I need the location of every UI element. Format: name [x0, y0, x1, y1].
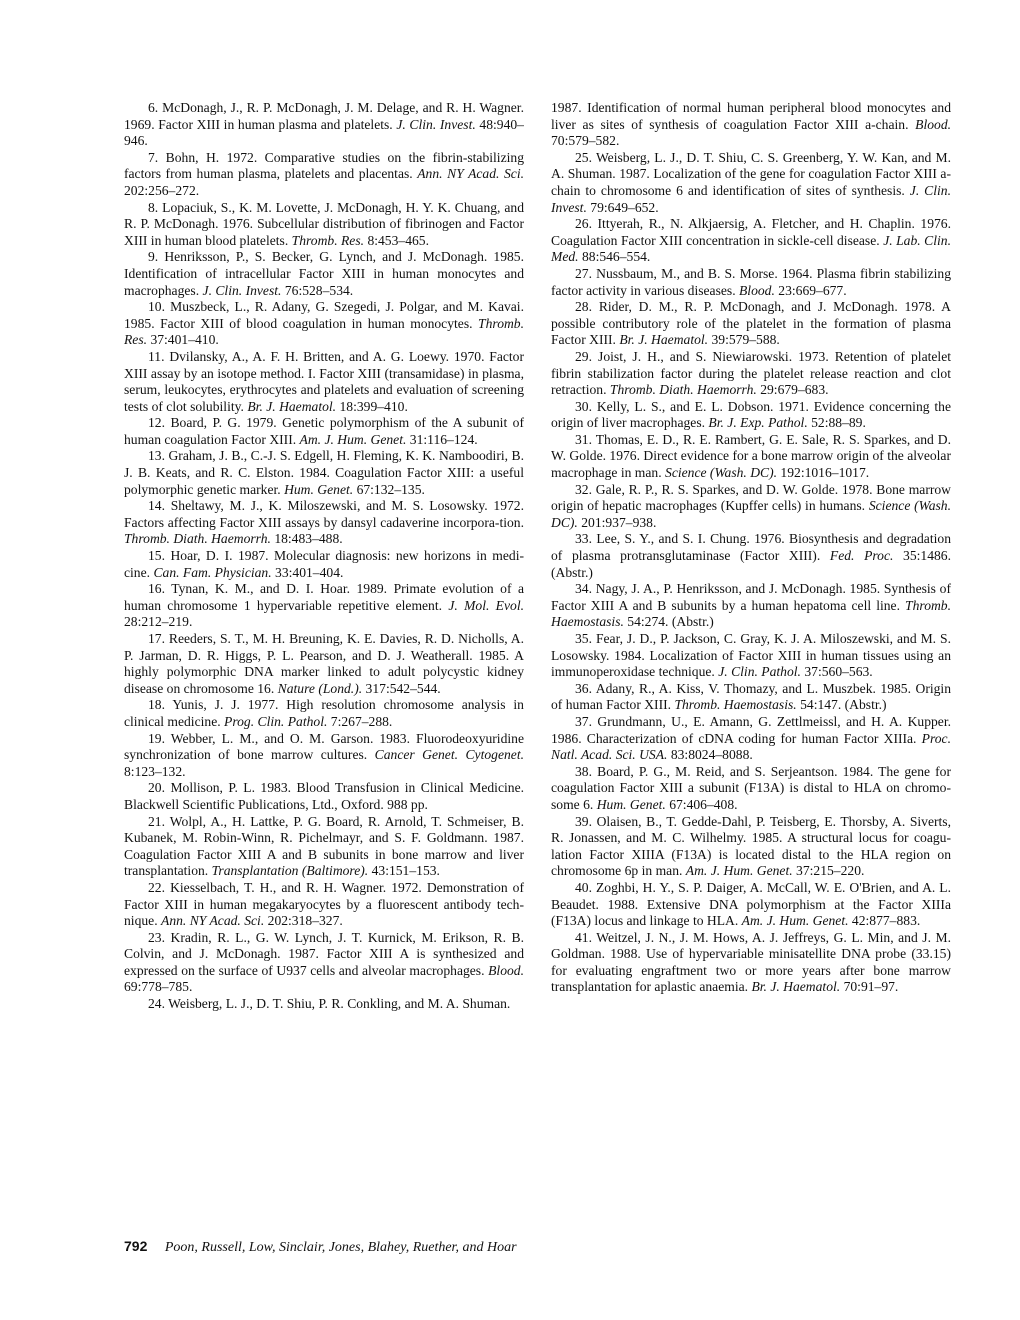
reference-number: 39. — [575, 814, 592, 829]
reference-journal: Am. J. Hum. Genet. — [300, 432, 407, 447]
reference-item: 18. Yunis, J. J. 1977. High resolution c… — [124, 697, 524, 730]
reference-citation: 31:116–124. — [410, 432, 478, 447]
reference-number: 36. — [575, 681, 592, 696]
reference-number: 33. — [575, 531, 592, 546]
reference-item: 17. Reeders, S. T., M. H. Breuning, K. E… — [124, 631, 524, 697]
reference-journal: Br. J. Haematol. — [247, 399, 336, 414]
reference-number: 16. — [148, 581, 165, 596]
reference-journal: Am. J. Hum. Genet. — [742, 913, 849, 928]
reference-number: 31. — [575, 432, 592, 447]
reference-number: 35. — [575, 631, 592, 646]
reference-text: Sheltawy, M. J., K. Miloszewski, and M. … — [124, 498, 524, 530]
reference-item: 26. Ittyerah, R., N. Alkjaersig, A. Flet… — [551, 216, 951, 266]
reference-number: 24. — [148, 996, 165, 1011]
reference-text: Weisberg, L. J., D. T. Shiu, P. R. Conkl… — [168, 996, 510, 1011]
reference-number: 19. — [148, 731, 165, 746]
reference-journal: Thromb. Res. — [292, 233, 364, 248]
reference-journal: Hum. Genet. — [284, 482, 353, 497]
reference-item: 19. Webber, L. M., and O. M. Garson. 198… — [124, 731, 524, 781]
reference-journal: Thromb. Haemostasis. — [674, 697, 796, 712]
reference-citation: 18:483–488. — [274, 531, 342, 546]
reference-number: 30. — [575, 399, 592, 414]
reference-citation: 33:401–404. — [275, 565, 343, 580]
reference-number: 8. — [148, 200, 158, 215]
reference-journal: Transplantation (Baltimore). — [212, 863, 369, 878]
reference-citation: 7:267–288. — [331, 714, 393, 729]
reference-item: 34. Nagy, J. A., P. Henriksson, and J. M… — [551, 581, 951, 631]
reference-number: 27. — [575, 266, 592, 281]
reference-number: 12. — [148, 415, 165, 430]
reference-citation: 54:147. (Abstr.) — [800, 697, 886, 712]
reference-item: 30. Kelly, L. S., and E. L. Dobson. 1971… — [551, 399, 951, 432]
reference-number: 23. — [148, 930, 165, 945]
reference-item: 11. Dvilansky, A., A. F. H. Britten, and… — [124, 349, 524, 415]
reference-item: 8. Lopaciuk, S., K. M. Lovette, J. McDon… — [124, 200, 524, 250]
reference-number: 25. — [575, 150, 592, 165]
reference-item: 9. Henriksson, P., S. Becker, G. Lynch, … — [124, 249, 524, 299]
reference-journal: Prog. Clin. Pathol. — [224, 714, 327, 729]
reference-journal: Cancer Genet. Cytogenet. — [375, 747, 524, 762]
reference-text: Mollison, P. L. 1983. Blood Transfusion … — [124, 780, 524, 812]
reference-number: 37. — [575, 714, 592, 729]
reference-citation: 202:256–272. — [124, 183, 199, 198]
reference-citation: 8:123–132. — [124, 764, 186, 779]
reference-citation: 192:1016–1017. — [780, 465, 869, 480]
reference-citation: 29:679–683. — [760, 382, 828, 397]
reference-number: 10. — [148, 299, 165, 314]
page-footer: 792 Poon, Russell, Low, Sinclair, Jones,… — [124, 1238, 517, 1256]
reference-item: 10. Muszbeck, L., R. Adany, G. Szegedi, … — [124, 299, 524, 349]
reference-number: 13. — [148, 448, 165, 463]
left-column: 6. McDonagh, J., R. P. McDonagh, J. M. D… — [124, 100, 524, 1013]
reference-citation: 67:406–408. — [669, 797, 737, 812]
reference-number: 29. — [575, 349, 592, 364]
reference-item: 23. Kradin, R. L., G. W. Lynch, J. T. Ku… — [124, 930, 524, 996]
reference-citation: 69:778–785. — [124, 979, 192, 994]
reference-number: 34. — [575, 581, 592, 596]
reference-citation: 76:528–534. — [285, 283, 353, 298]
reference-citation: 28:212–219. — [124, 614, 192, 629]
reference-item: 29. Joist, J. H., and S. Niewiarowski. 1… — [551, 349, 951, 399]
reference-item: 35. Fear, J. D., P. Jackson, C. Gray, K.… — [551, 631, 951, 681]
reference-journal: Blood. — [915, 117, 951, 132]
reference-citation: 54:274. (Abstr.) — [627, 614, 713, 629]
reference-citation: 67:132–135. — [357, 482, 425, 497]
reference-number: 18. — [148, 697, 165, 712]
reference-citation: 43:151–153. — [372, 863, 440, 878]
reference-item: 16. Tynan, K. M., and D. I. Hoar. 1989. … — [124, 581, 524, 631]
reference-number: 11. — [148, 349, 165, 364]
reference-citation: 202:318–327. — [268, 913, 343, 928]
reference-journal: Hum. Genet. — [597, 797, 666, 812]
reference-journal: Thromb. Diath. Haemorrh. — [124, 531, 271, 546]
reference-item: 37. Grundmann, U., E. Amann, G. Zettlmei… — [551, 714, 951, 764]
reference-citation: 37:401–410. — [150, 332, 218, 347]
reference-journal: Br. J. Exp. Pathol. — [708, 415, 807, 430]
reference-journal: Nature (Lond.). — [278, 681, 362, 696]
reference-number: 14. — [148, 498, 165, 513]
reference-number: 38. — [575, 764, 592, 779]
reference-journal: Fed. Proc. — [830, 548, 894, 563]
reference-item: 22. Kiesselbach, T. H., and R. H. Wagner… — [124, 880, 524, 930]
reference-item: 6. McDonagh, J., R. P. McDonagh, J. M. D… — [124, 100, 524, 150]
reference-citation: 8:453–465. — [367, 233, 429, 248]
running-head: Poon, Russell, Low, Sinclair, Jones, Bla… — [165, 1240, 517, 1255]
reference-journal: J. Clin. Invest. — [203, 283, 282, 298]
reference-citation: 201:937–938. — [581, 515, 656, 530]
reference-item: 20. Mollison, P. L. 1983. Blood Transfus… — [124, 780, 524, 813]
reference-number: 21. — [148, 814, 165, 829]
reference-item: 15. Hoar, D. I. 1987. Molecular diagnosi… — [124, 548, 524, 581]
reference-item: 36. Adany, R., A. Kiss, V. Thomazy, and … — [551, 681, 951, 714]
reference-item: 38. Board, P. G., M. Reid, and S. Serjea… — [551, 764, 951, 814]
reference-journal: Blood. — [488, 963, 524, 978]
reference-citation: 317:542–544. — [366, 681, 441, 696]
reference-number: 40. — [575, 880, 592, 895]
reference-citation: 79:649–652. — [590, 200, 658, 215]
reference-number: 41. — [575, 930, 592, 945]
reference-item: 40. Zoghbi, H. Y., S. P. Daiger, A. McCa… — [551, 880, 951, 930]
reference-number: 32. — [575, 482, 592, 497]
reference-item: 27. Nussbaum, M., and B. S. Morse. 1964.… — [551, 266, 951, 299]
right-column: 1987. Identification of normal human per… — [551, 100, 951, 996]
reference-number: 15. — [148, 548, 165, 563]
reference-number: 26. — [575, 216, 592, 231]
reference-citation: 37:560–563. — [804, 664, 872, 679]
reference-journal: J. Clin. Invest. — [396, 117, 475, 132]
reference-item: 13. Graham, J. B., C.-J. S. Edgell, H. F… — [124, 448, 524, 498]
reference-journal: Can. Fam. Physician. — [153, 565, 271, 580]
reference-citation: 70:579–582. — [551, 133, 619, 148]
reference-journal: J. Mol. Evol. — [448, 598, 524, 613]
reference-number: 22. — [148, 880, 165, 895]
reference-citation: 70:91–97. — [844, 979, 899, 994]
reference-journal: Blood. — [739, 283, 775, 298]
reference-item: 14. Sheltawy, M. J., K. Miloszewski, and… — [124, 498, 524, 548]
reference-citation: 88:546–554. — [582, 249, 650, 264]
reference-text: Muszbeck, L., R. Adany, G. Szegedi, J. P… — [124, 299, 524, 331]
reference-text: Kradin, R. L., G. W. Lynch, J. T. Kurnic… — [124, 930, 524, 978]
reference-text: 1987. Identification of normal human per… — [551, 100, 951, 132]
reference-number: 20. — [148, 780, 165, 795]
reference-citation: 42:877–883. — [852, 913, 920, 928]
reference-text: Nagy, J. A., P. Henriksson, and J. McDon… — [551, 581, 951, 613]
reference-journal: Science (Wash. DC). — [665, 465, 777, 480]
page-number: 792 — [124, 1238, 147, 1254]
reference-journal: Br. J. Haematol. — [619, 332, 708, 347]
reference-journal: Br. J. Haematol. — [751, 979, 840, 994]
reference-number: 9. — [148, 249, 158, 264]
reference-item: 28. Rider, D. M., R. P. McDonagh, and J.… — [551, 299, 951, 349]
reference-text: Grundmann, U., E. Amann, G. Zettlmeissl,… — [551, 714, 951, 746]
reference-item: 24. Weisberg, L. J., D. T. Shiu, P. R. C… — [124, 996, 524, 1013]
reference-journal: J. Clin. Pathol. — [718, 664, 801, 679]
reference-journal: Thromb. Diath. Haemorrh. — [610, 382, 757, 397]
reference-item: 31. Thomas, E. D., R. E. Rambert, G. E. … — [551, 432, 951, 482]
reference-item: 39. Olaisen, B., T. Gedde-Dahl, P. Teisb… — [551, 814, 951, 880]
reference-item: 12. Board, P. G. 1979. Genetic polymorph… — [124, 415, 524, 448]
reference-journal: Ann. NY Acad. Sci. — [417, 166, 524, 181]
reference-item: 32. Gale, R. P., R. S. Sparkes, and D. W… — [551, 482, 951, 532]
reference-citation: 52:88–89. — [811, 415, 866, 430]
reference-item: 21. Wolpl, A., H. Lattke, P. G. Board, R… — [124, 814, 524, 880]
reference-item: 7. Bohn, H. 1972. Comparative studies on… — [124, 150, 524, 200]
reference-citation: 18:399–410. — [340, 399, 408, 414]
reference-journal: Ann. NY Acad. Sci. — [161, 913, 264, 928]
reference-number: 6. — [148, 100, 158, 115]
reference-number: 7. — [148, 150, 158, 165]
reference-item: 25. Weisberg, L. J., D. T. Shiu, C. S. G… — [551, 150, 951, 216]
reference-text: Weisberg, L. J., D. T. Shiu, C. S. Green… — [551, 150, 951, 198]
reference-citation: 83:8024–8088. — [671, 747, 753, 762]
reference-continuation: 1987. Identification of normal human per… — [551, 100, 951, 150]
reference-citation: 23:669–677. — [778, 283, 846, 298]
reference-journal: Am. J. Hum. Genet. — [686, 863, 793, 878]
reference-number: 28. — [575, 299, 592, 314]
reference-number: 17. — [148, 631, 165, 646]
reference-citation: 37:215–220. — [796, 863, 864, 878]
reference-item: 41. Weitzel, J. N., J. M. Hows, A. J. Je… — [551, 930, 951, 996]
reference-item: 33. Lee, S. Y., and S. I. Chung. 1976. B… — [551, 531, 951, 581]
reference-citation: 39:579–588. — [711, 332, 779, 347]
